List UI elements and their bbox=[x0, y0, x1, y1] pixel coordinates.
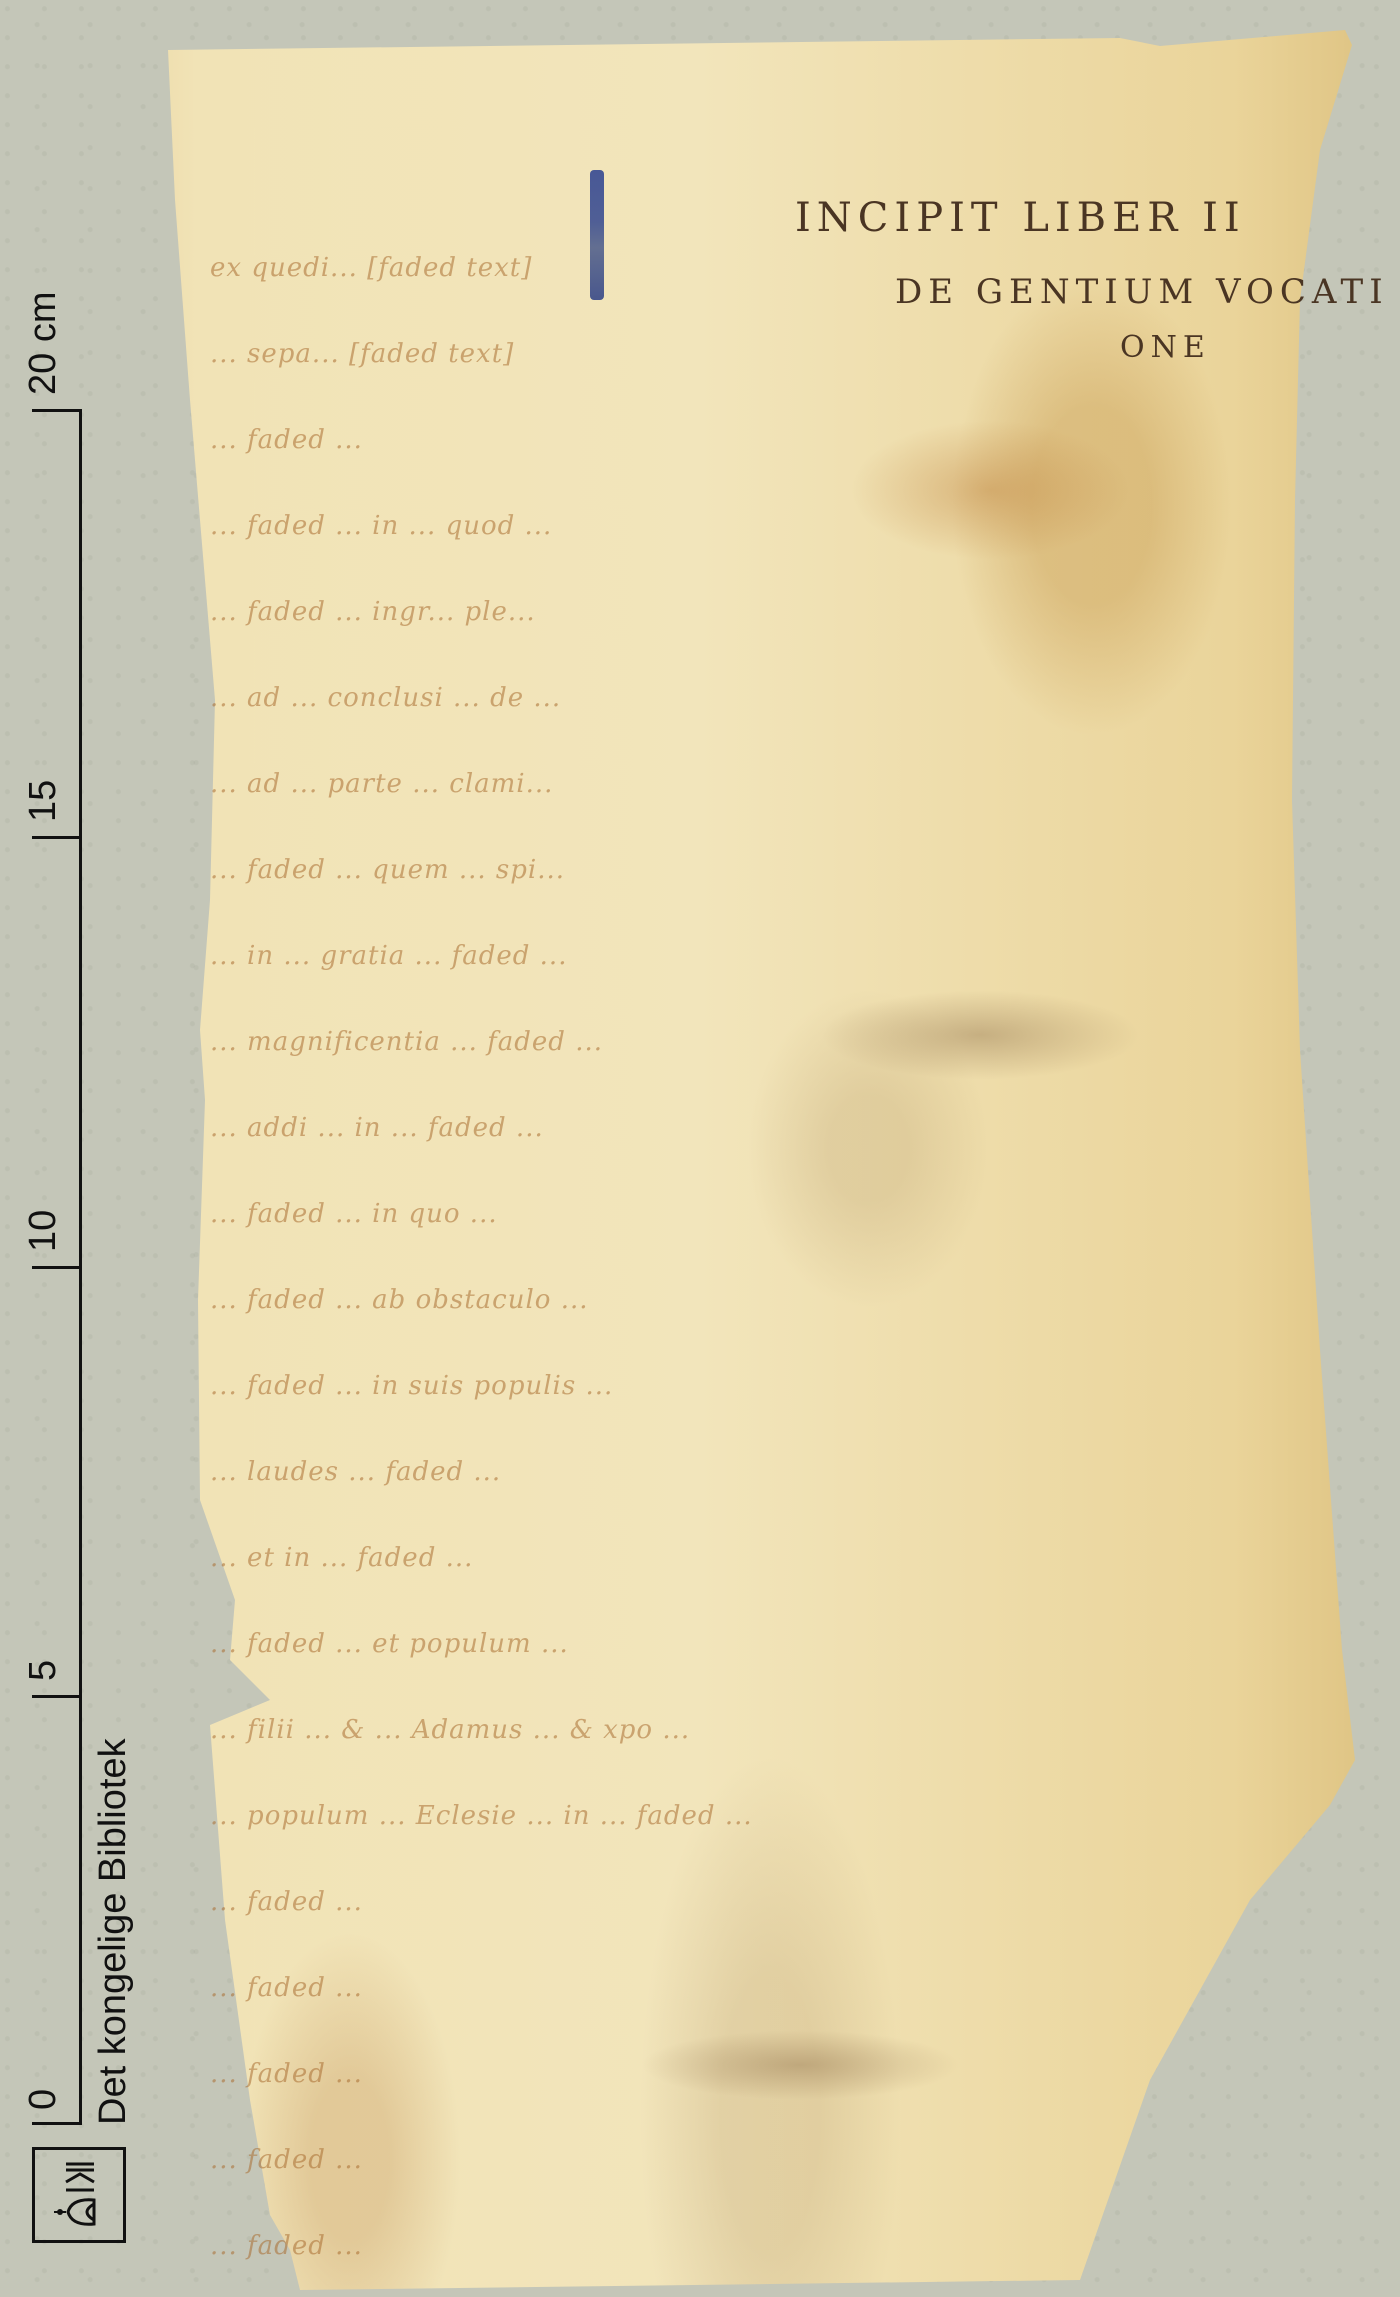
text-line: ... in ... gratia ... faded ... bbox=[210, 913, 1290, 999]
text-line: ... faded ... in ... quod ... bbox=[210, 483, 1290, 569]
text-line: ... faded ... bbox=[210, 397, 1290, 483]
text-line: ... filii ... & ... Adamus ... & xpo ... bbox=[210, 1687, 1290, 1773]
text-line: ex quedi... [faded text] bbox=[210, 225, 770, 311]
text-line: ... faded ... bbox=[210, 1945, 1290, 2031]
text-line: ... faded ... ingr... ple... bbox=[210, 569, 1290, 655]
text-line: ... ad ... conclusi ... de ... bbox=[210, 655, 1290, 741]
text-line: ... faded ... bbox=[210, 2203, 1290, 2289]
text-line: ... faded ... bbox=[210, 2031, 1290, 2117]
text-line: ... faded ... ab obstaculo ... bbox=[210, 1257, 1290, 1343]
manuscript-body-text: ex quedi... [faded text] ... sepa... [fa… bbox=[210, 225, 1290, 2289]
text-line: ... sepa... [faded text] bbox=[210, 311, 870, 397]
text-line: ... et in ... faded ... bbox=[210, 1515, 1290, 1601]
text-line: ... populum ... Eclesie ... in ... faded… bbox=[210, 1773, 1290, 1859]
text-line: ... ad ... parte ... clami... bbox=[210, 741, 1290, 827]
text-line: ... faded ... in suis populis ... bbox=[210, 1343, 1290, 1429]
manuscript-fragment: INCIPIT LIBER II DE GENTIUM VOCATI ONE e… bbox=[0, 0, 1400, 2297]
text-line: ... faded ... in quo ... bbox=[210, 1171, 1290, 1257]
text-line: ... faded ... quem ... spi... bbox=[210, 827, 1290, 913]
text-line: ... addi ... in ... faded ... bbox=[210, 1085, 1290, 1171]
text-line: ... laudes ... faded ... bbox=[210, 1429, 1290, 1515]
text-line: ... magnificentia ... faded ... bbox=[210, 999, 1290, 1085]
text-line: ... faded ... bbox=[210, 2117, 1290, 2203]
text-line: ... faded ... bbox=[210, 1859, 1290, 1945]
text-line: ... faded ... et populum ... bbox=[210, 1601, 1290, 1687]
